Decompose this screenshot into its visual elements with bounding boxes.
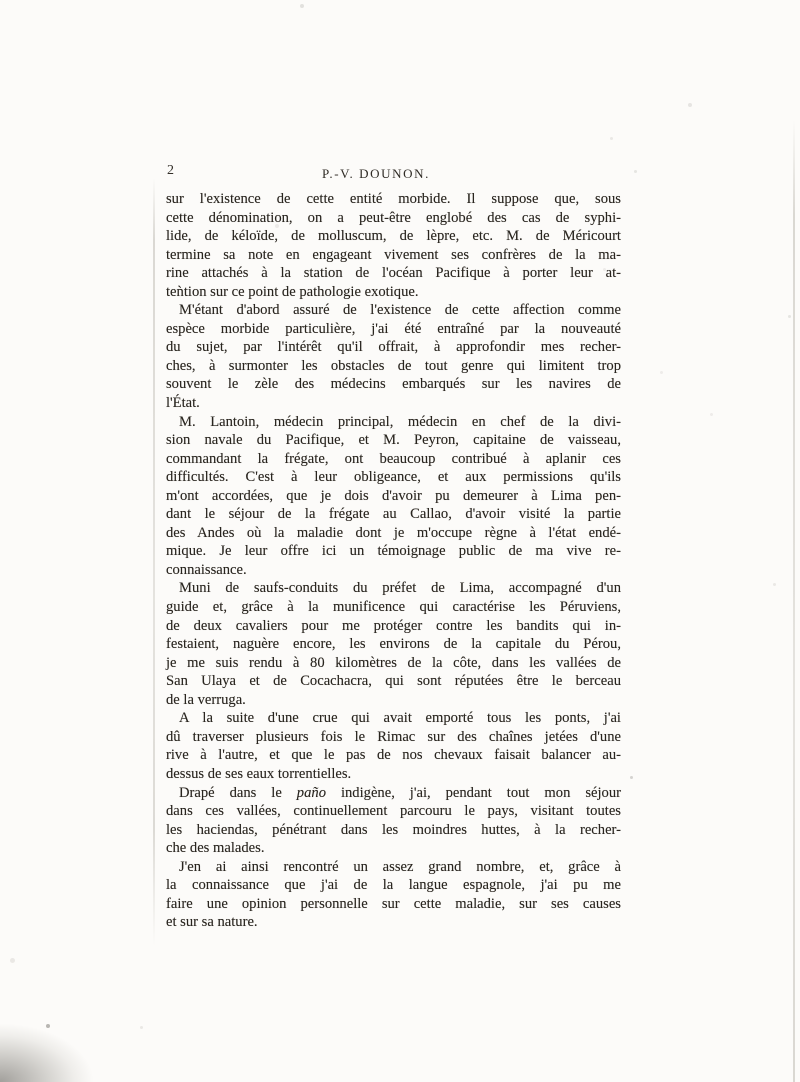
text-segment: Drapé dans le — [179, 785, 297, 801]
text-line: Drapé dans le paño indigène, j'ai, penda… — [166, 784, 621, 803]
scan-speck — [300, 4, 304, 8]
corner-shadow — [0, 1007, 120, 1082]
text-line: faire une opinion personnelle sur cette … — [166, 895, 621, 914]
text-line: Muni de saufs-conduits du préfet de Lima… — [166, 579, 621, 598]
text-line: M'étant d'abord assuré de l'existence de… — [166, 301, 621, 320]
scan-speck — [630, 776, 633, 779]
text-line: les haciendas, pénétrant dans les moindr… — [166, 821, 621, 840]
text-line: espèce morbide particulière, j'ai été en… — [166, 320, 621, 339]
italic-word: paño — [297, 785, 326, 801]
text-line: M. Lantoin, médecin principal, médecin e… — [166, 413, 621, 432]
right-edge-line — [793, 120, 795, 1082]
running-header: P.-V. DOUNON. — [322, 166, 430, 181]
paragraph: Muni de saufs-conduits du préfet de Lima… — [166, 579, 621, 709]
text-line: termine sa note en engageant vivement se… — [166, 246, 621, 265]
text-line: de la verruga. — [166, 691, 621, 710]
scan-speck — [688, 103, 692, 107]
text-line: festaient, naguère encore, les environs … — [166, 635, 621, 654]
scan-speck — [140, 1026, 143, 1029]
paragraph: A la suite d'une crue qui avait emporté … — [166, 709, 621, 783]
scan-speck — [634, 170, 637, 173]
text-line: souvent le zèle des médecins embarqués s… — [166, 375, 621, 394]
page-text: sur l'existence de cette entité morbide.… — [166, 190, 621, 932]
left-fold-line — [153, 178, 155, 946]
scan-speck — [610, 137, 613, 140]
text-line: la connaissance que j'ai de la langue es… — [166, 876, 621, 895]
scan-speck — [788, 315, 791, 318]
text-line: sur l'existence de cette entité morbide.… — [166, 190, 621, 209]
text-line: connaissance. — [166, 561, 621, 580]
text-line: sion navale du Pacifique, et M. Peyron, … — [166, 431, 621, 450]
text-line: commandant la frégate, ont beaucoup cont… — [166, 450, 621, 469]
text-line: teǹtion sur ce point de pathologie exoti… — [166, 283, 621, 302]
text-line: et sur sa nature. — [166, 913, 621, 932]
text-line: dû traverser plusieurs fois le Rimac sur… — [166, 728, 621, 747]
paragraph: Drapé dans le paño indigène, j'ai, penda… — [166, 784, 621, 858]
paragraph: J'en ai ainsi rencontré un assez grand n… — [166, 858, 621, 932]
text-line: guide et, grâce à la munificence qui car… — [166, 598, 621, 617]
text-line: des Andes où la maladie dont je m'occupe… — [166, 524, 621, 543]
text-line: A la suite d'une crue qui avait emporté … — [166, 709, 621, 728]
text-line: dant le séjour de la frégate au Callao, … — [166, 505, 621, 524]
text-line: ches, à surmonter les obstacles de tout … — [166, 357, 621, 376]
text-line: de deux cavaliers pour me protéger contr… — [166, 617, 621, 636]
text-line: dans ces vallées, continuellement parcou… — [166, 802, 621, 821]
paragraph: sur l'existence de cette entité morbide.… — [166, 190, 621, 301]
scan-speck — [710, 413, 713, 416]
text-line: du sujet, par l'intérêt qu'il offrait, à… — [166, 338, 621, 357]
text-segment: indigène, j'ai, pendant tout mon séjour — [326, 785, 621, 801]
text-line: rine attachés à la station de l'océan Pa… — [166, 264, 621, 283]
scan-speck — [773, 583, 776, 586]
text-line: cette dénomination, on a peut-être englo… — [166, 209, 621, 228]
scan-speck — [660, 371, 663, 374]
text-line: lide, de kéloïde, de molluscum, de lèpre… — [166, 227, 621, 246]
page-number: 2 — [167, 163, 174, 179]
scanned-page: 2 P.-V. DOUNON. sur l'existence de cette… — [0, 0, 800, 1082]
scan-speck — [10, 958, 15, 963]
text-line: difficultés. C'est à leur obligeance, et… — [166, 468, 621, 487]
paragraph: M'étant d'abord assuré de l'existence de… — [166, 301, 621, 412]
text-line: mique. Je leur offre ici un témoignage p… — [166, 542, 621, 561]
text-line: che des malades. — [166, 839, 621, 858]
text-line: San Ulaya et de Cocachacra, qui sont rép… — [166, 672, 621, 691]
text-line: m'ont accordées, que je dois d'avoir pu … — [166, 487, 621, 506]
text-line: rive à l'autre, et que le pas de nos che… — [166, 746, 621, 765]
text-line: J'en ai ainsi rencontré un assez grand n… — [166, 858, 621, 877]
text-line: l'État. — [166, 394, 621, 413]
text-line: dessus de ses eaux torrentielles. — [166, 765, 621, 784]
text-line: je me suis rendu à 80 kilomètres de la c… — [166, 654, 621, 673]
paragraph: M. Lantoin, médecin principal, médecin e… — [166, 413, 621, 580]
